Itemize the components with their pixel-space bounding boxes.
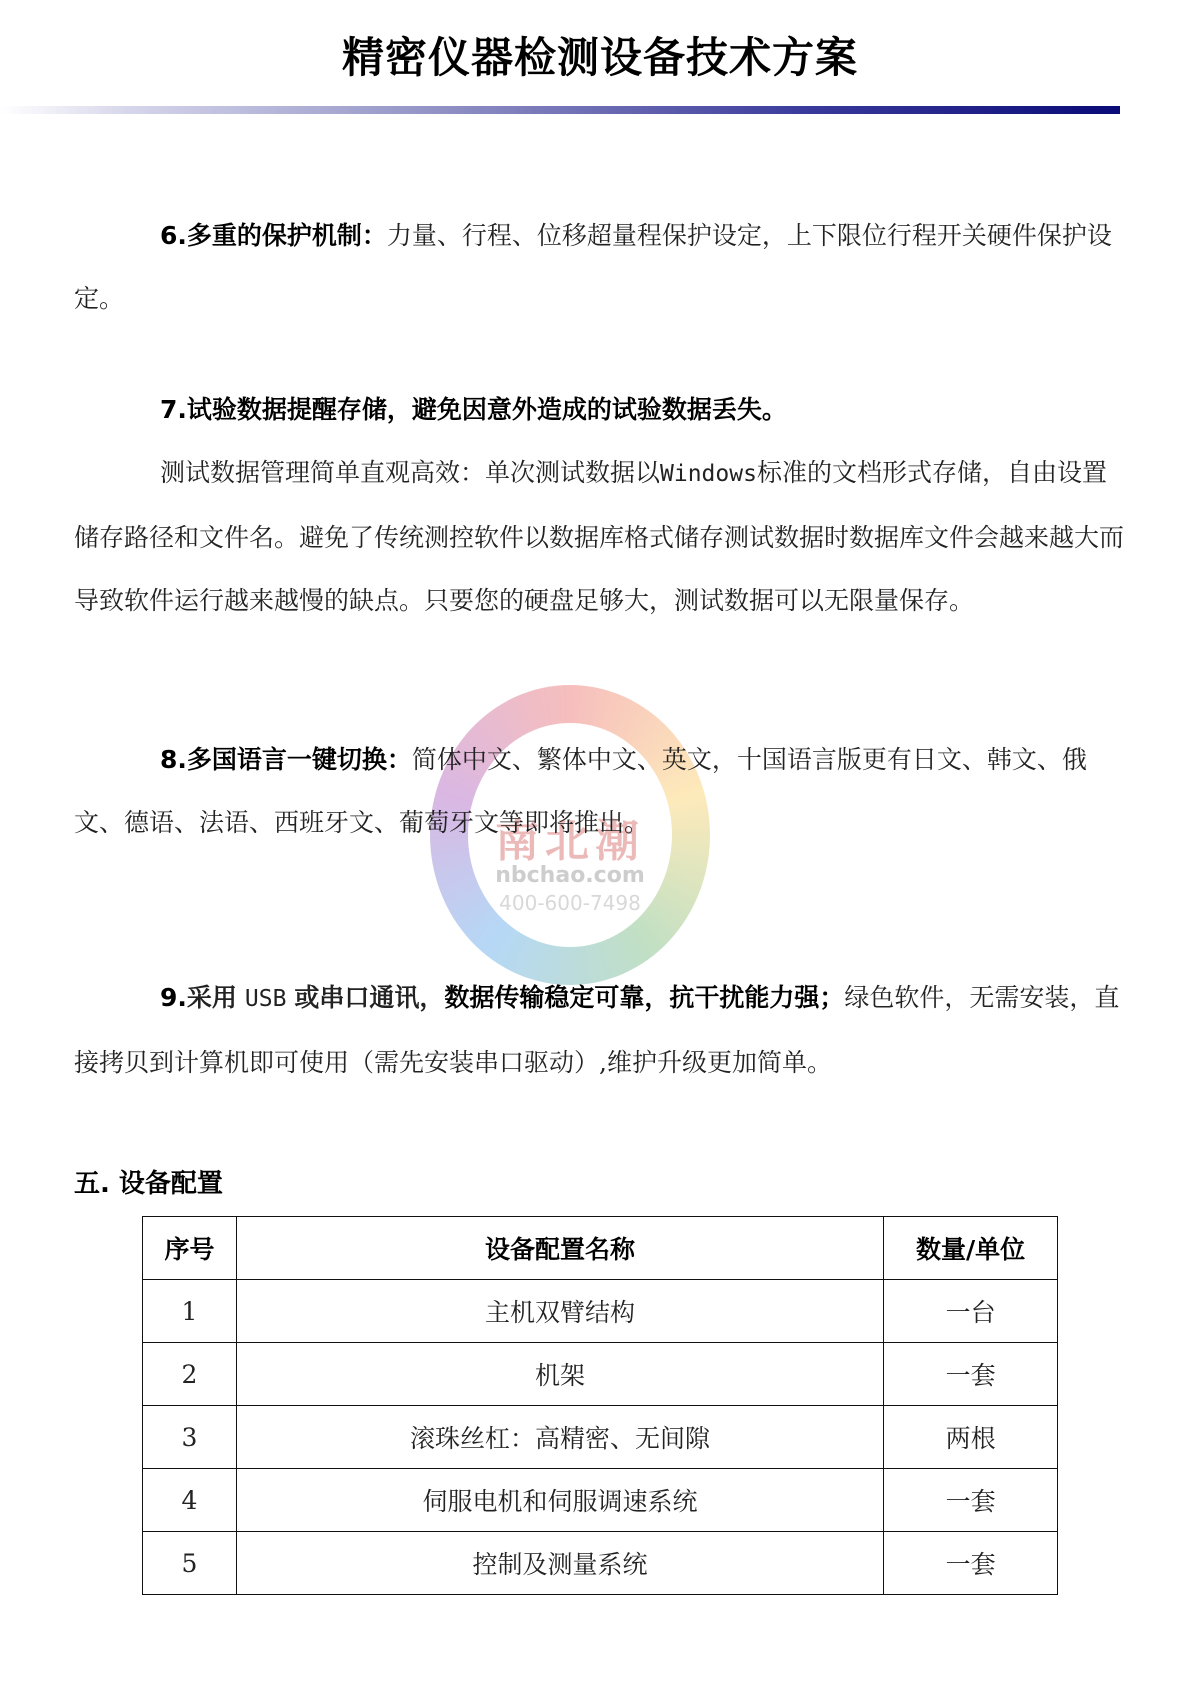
feature-7-body-pre: 测试数据管理简单直观高效：单次测试数据以 — [160, 458, 660, 487]
cell-qty: 两根 — [884, 1406, 1058, 1469]
cell-qty: 一套 — [884, 1532, 1058, 1595]
cell-name: 控制及测量系统 — [236, 1532, 883, 1595]
feature-7-heading-line: 7.试验数据提醒存储，避免因意外造成的试验数据丢失。 — [74, 378, 1124, 441]
header-no: 序号 — [143, 1217, 237, 1280]
feature-7-body-latin: Windows — [660, 461, 757, 487]
feature-9-heading-bold: 数据传输稳定可靠，抗干扰能力强； — [444, 983, 844, 1012]
feature-7-body: 测试数据管理简单直观高效：单次测试数据以Windows标准的文档形式存储，自由设… — [74, 441, 1124, 632]
cell-no: 4 — [143, 1469, 237, 1532]
cell-name: 主机双臂结构 — [236, 1280, 883, 1343]
cell-no: 2 — [143, 1343, 237, 1406]
config-table: 序号 设备配置名称 数量/单位 1 主机双臂结构 一台 2 机架 一套 3 滚珠… — [142, 1216, 1058, 1595]
header-qty: 数量/单位 — [884, 1217, 1058, 1280]
page-title: 精密仪器检测设备技术方案 — [0, 28, 1200, 88]
cell-qty: 一套 — [884, 1469, 1058, 1532]
table-row: 2 机架 一套 — [143, 1343, 1058, 1406]
feature-7-number: 7. — [160, 395, 187, 424]
watermark-url: nbchao.com — [420, 863, 720, 888]
table-row: 1 主机双臂结构 一台 — [143, 1280, 1058, 1343]
cell-name: 伺服电机和伺服调速系统 — [236, 1469, 883, 1532]
feature-9-number: 9. — [160, 983, 187, 1012]
feature-9: 9.采用 USB 或串口通讯，数据传输稳定可靠，抗干扰能力强；绿色软件，无需安装… — [74, 966, 1124, 1094]
cell-name: 滚珠丝杠：高精密、无间隙 — [236, 1406, 883, 1469]
feature-6: 6.多重的保护机制：力量、行程、位移超量程保护设定，上下限位行程开关硬件保护设定… — [74, 204, 1124, 330]
feature-8: 8.多国语言一键切换：简体中文、繁体中文、英文，十国语言版更有日文、韩文、俄文、… — [74, 728, 1124, 854]
table-row: 5 控制及测量系统 一套 — [143, 1532, 1058, 1595]
section-heading: 五. 设备配置 — [74, 1164, 223, 1204]
feature-8-heading: 多国语言一键切换： — [187, 745, 412, 774]
cell-qty: 一套 — [884, 1343, 1058, 1406]
cell-no: 1 — [143, 1280, 237, 1343]
table-row: 4 伺服电机和伺服调速系统 一套 — [143, 1469, 1058, 1532]
cell-qty: 一台 — [884, 1280, 1058, 1343]
cell-no: 3 — [143, 1406, 237, 1469]
cell-no: 5 — [143, 1532, 237, 1595]
feature-6-number: 6. — [160, 221, 187, 250]
table-row: 3 滚珠丝杠：高精密、无间隙 两根 — [143, 1406, 1058, 1469]
feature-8-number: 8. — [160, 745, 187, 774]
feature-7-heading: 试验数据提醒存储，避免因意外造成的试验数据丢失。 — [187, 395, 787, 424]
table-header-row: 序号 设备配置名称 数量/单位 — [143, 1217, 1058, 1280]
header-name: 设备配置名称 — [236, 1217, 883, 1280]
cell-name: 机架 — [236, 1343, 883, 1406]
watermark-phone: 400-600-7498 — [420, 891, 720, 915]
feature-9-heading-mid: 或串口通讯， — [294, 983, 444, 1012]
feature-6-heading: 多重的保护机制： — [187, 221, 387, 250]
feature-9-heading-pre: 采用 — [187, 983, 237, 1012]
title-gradient-rule — [0, 106, 1120, 114]
feature-9-heading-latin: USB — [245, 986, 287, 1012]
